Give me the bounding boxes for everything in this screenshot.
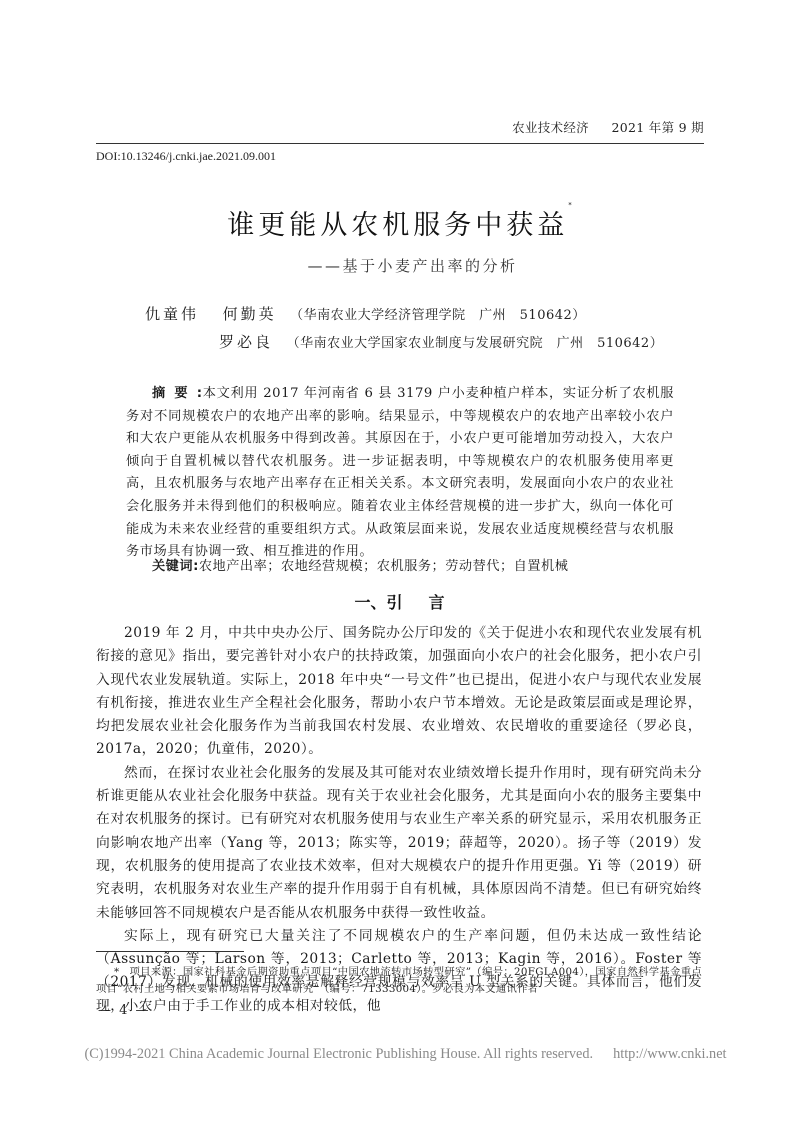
author-line-2: 罗必良 （华南农业大学国家农业制度与发展研究院 广州 510642） [219, 331, 663, 352]
author-name: 仇童伟 [145, 303, 199, 324]
title-footnote-mark[interactable]: * [568, 201, 572, 209]
body-text: 2019 年 2 月，中共中央办公厅、国务院办公厅印发的《关于促进小农和现代农业… [96, 622, 702, 1018]
keywords-text: 农地产出率；农地经营规模；农机服务；劳动替代；自置机械 [199, 559, 569, 574]
author-name: 何勤英 [223, 303, 277, 324]
doi[interactable]: DOI:10.13246/j.cnki.jae.2021.09.001 [96, 149, 276, 164]
issue-label: 2021 年第 9 期 [612, 120, 705, 135]
copyright-text: (C)1994-2021 China Academic Journal Elec… [84, 1046, 593, 1062]
header-rule [96, 143, 704, 144]
paragraph: 2019 年 2 月，中共中央办公厅、国务院办公厅印发的《关于促进小农和现代农业… [96, 622, 702, 762]
paragraph: 然而，在探讨农业社会化服务的发展及其可能对农业绩效增长提升作用时，现有研究尚未分… [96, 762, 702, 925]
journal-name: 农业技术经济 [512, 120, 589, 135]
page-number: — 4 — [98, 1003, 151, 1018]
section-title: 言 [429, 593, 445, 612]
section-heading: 一、引言 [0, 590, 799, 613]
footnote-mark: * [114, 966, 119, 978]
author-name: 罗必良 [219, 331, 273, 352]
article-subtitle: ——基于小麦产出率的分析 [0, 255, 799, 276]
author-line-1: 仇童伟 何勤英 （华南农业大学经济管理学院 广州 510642） [145, 303, 586, 324]
copyright-notice: (C)1994-2021 China Academic Journal Elec… [0, 1046, 799, 1063]
author-affiliation: （华南农业大学国家农业制度与发展研究院 广州 510642） [287, 336, 664, 351]
article-title: 谁更能从农机服务中获益* [0, 203, 799, 242]
section-number: 一、引 [354, 593, 402, 612]
abstract: 摘要:本文利用 2017 年河南省 6 县 3179 户小麦种植户样本，实证分析… [126, 383, 674, 564]
footnote: *项目来源：国家社科基金后期资助重点项目“中国农地流转市场转型研究”（编号：20… [96, 964, 702, 998]
footnote-text: 项目来源：国家社科基金后期资助重点项目“中国农地流转市场转型研究”（编号：20F… [96, 966, 702, 995]
abstract-text: 本文利用 2017 年河南省 6 县 3179 户小麦种植户样本，实证分析了农机… [126, 386, 674, 559]
author-affiliation: （华南农业大学经济管理学院 广州 510642） [290, 308, 586, 323]
abstract-label: 摘要 [152, 386, 197, 401]
keywords-label: 关键词 [152, 559, 193, 574]
title-text: 谁更能从农机服务中获益 [227, 210, 568, 241]
running-head: 农业技术经济 2021 年第 9 期 [96, 118, 704, 136]
cnki-link[interactable]: http://www.cnki.net [613, 1046, 726, 1062]
keywords: 关键词:农地产出率；农地经营规模；农机服务；劳动替代；自置机械 [152, 555, 568, 574]
footnote-rule [96, 951, 244, 952]
